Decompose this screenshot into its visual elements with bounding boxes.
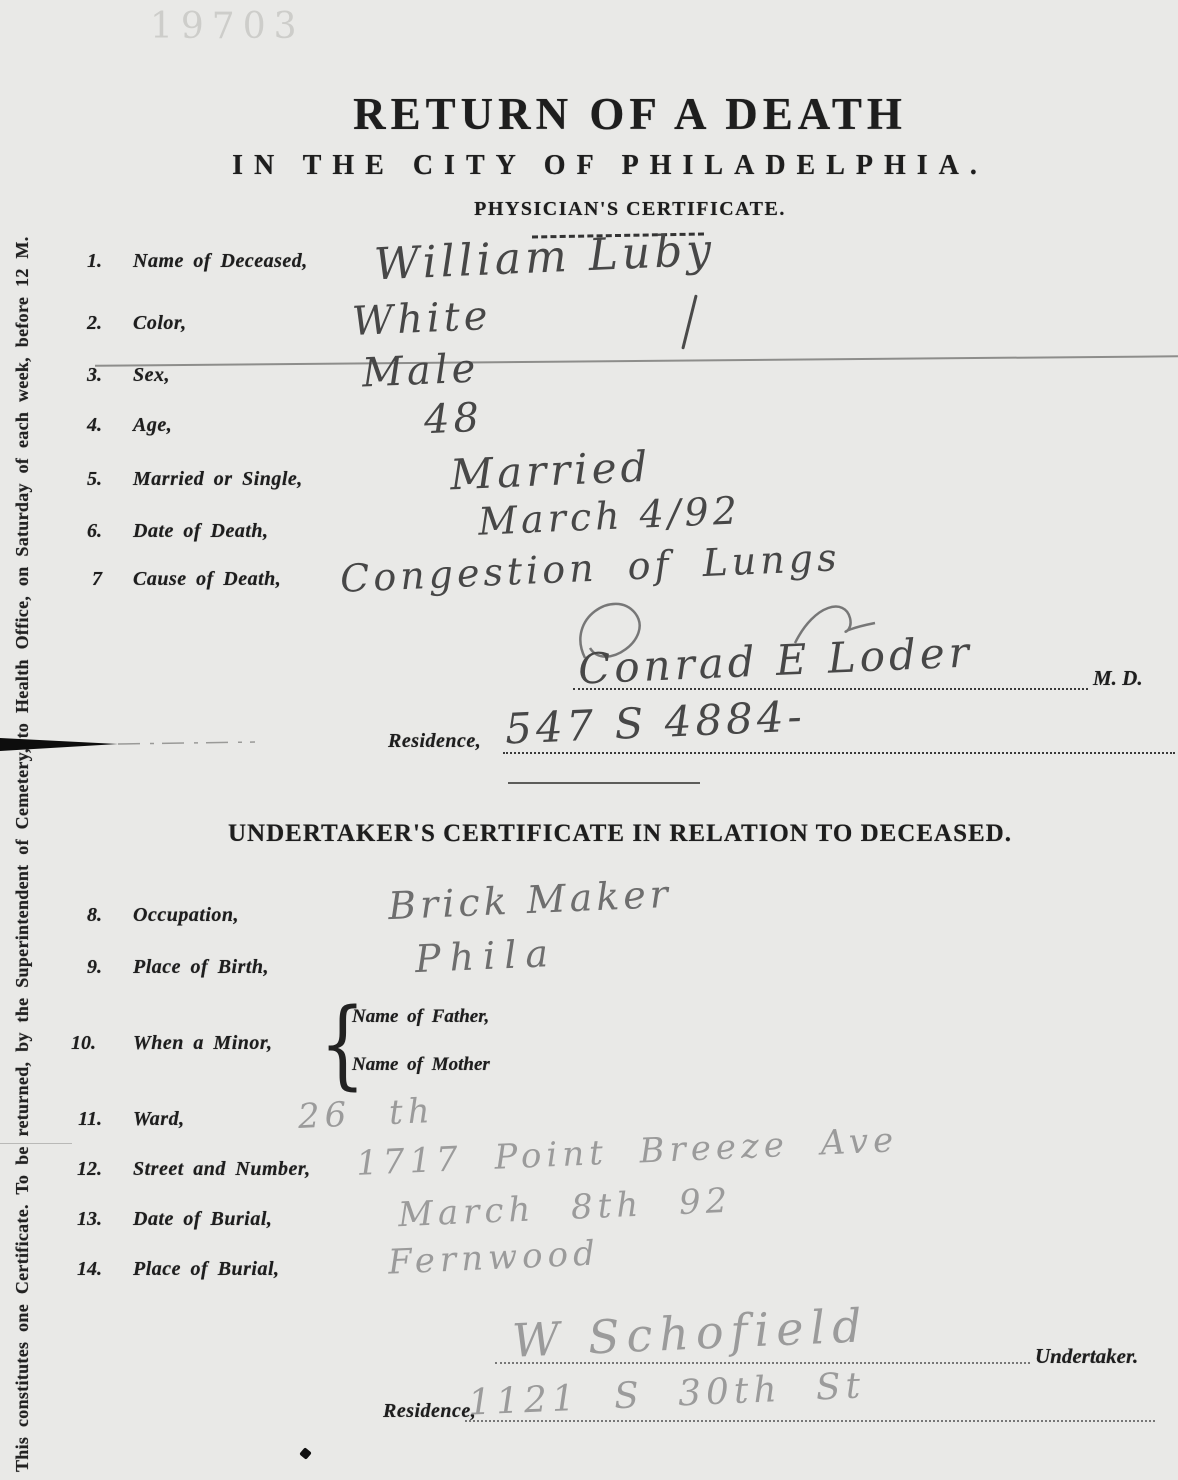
signature-line (573, 688, 1088, 690)
field-label-color: Color, (133, 312, 187, 335)
field-label-place-of-birth: Place of Birth, (133, 956, 269, 979)
handwritten-place-of-burial: Fernwood (387, 1233, 600, 1282)
fold-crease-sidebar (0, 1143, 72, 1144)
handwritten-date-of-burial: March 8th 92 (397, 1181, 733, 1236)
residence-line (465, 1420, 1155, 1422)
physician-residence-label: Residence, (388, 730, 481, 753)
undertaker-residence-value: 1121 S 30th St (467, 1365, 866, 1423)
physician-section-heading: PHYSICIAN'S CERTIFICATE. (170, 198, 1090, 221)
when-minor-brace: { (320, 988, 366, 1100)
handwritten-sex: Male (361, 345, 480, 396)
pen-stroke (681, 294, 697, 349)
undertaker-signature: W Schofield (511, 1298, 870, 1368)
field-number: 9. (62, 956, 102, 979)
field-number: 6. (62, 520, 102, 543)
field-number: 8. (62, 904, 102, 927)
field-number: 1. (62, 250, 102, 273)
undertaker-section-heading: UNDERTAKER'S CERTIFICATE IN RELATION TO … (120, 820, 1120, 848)
section-divider-rule (508, 782, 700, 784)
field-label-when-a-minor: When a Minor, (133, 1032, 273, 1055)
handwritten-ward: 26 th (297, 1091, 435, 1137)
physician-residence-value: 547 S 4884- (504, 691, 807, 753)
field-label-date-of-burial: Date of Burial, (133, 1208, 272, 1231)
handwritten-occupation: Brick Maker (387, 872, 673, 928)
field-number: 2. (62, 312, 102, 335)
field-label-married-or-single: Married or Single, (133, 468, 303, 491)
field-label-age: Age, (133, 414, 172, 437)
handwritten-place-of-birth: Phila (414, 931, 558, 981)
field-label-occupation: Occupation, (133, 904, 239, 927)
handwritten-age: 48 (423, 395, 484, 444)
undertaker-residence-label: Residence, (383, 1400, 476, 1423)
sub-label-name-of-father: Name of Father, (352, 1006, 489, 1028)
field-label-cause-of-death: Cause of Death, (133, 568, 281, 591)
md-suffix-label: M. D. (1093, 666, 1143, 691)
page-subtitle: IN THE CITY OF PHILADELPHIA. (150, 150, 1070, 182)
undertaker-suffix-label: Undertaker. (1035, 1344, 1138, 1369)
ink-dot (299, 1447, 312, 1460)
field-number: 3. (62, 364, 102, 387)
residence-line (503, 752, 1175, 754)
field-label-sex: Sex, (133, 364, 170, 387)
fold-crease-line (95, 355, 1178, 366)
sub-label-name-of-mother: Name of Mother (352, 1054, 490, 1076)
signature-line (495, 1362, 1030, 1364)
field-number: 4. (62, 414, 102, 437)
field-label-date-of-death: Date of Death, (133, 520, 269, 543)
field-label-street-and-number: Street and Number, (133, 1158, 311, 1181)
field-number: 7 (62, 568, 102, 591)
field-label-place-of-burial: Place of Burial, (133, 1258, 280, 1281)
field-label-ward: Ward, (133, 1108, 185, 1131)
field-label-name-of-deceased: Name of Deceased, (133, 250, 308, 273)
death-certificate-page: 19703 This constitutes one Certificate. … (0, 0, 1178, 1480)
field-number: 11. (62, 1108, 102, 1131)
field-number: 13. (62, 1208, 102, 1231)
page-title: RETURN OF A DEATH (170, 88, 1090, 140)
field-number: 10. (56, 1032, 96, 1055)
field-number: 14. (62, 1258, 102, 1281)
handwritten-married-or-single: Married (449, 442, 652, 500)
handwritten-color: White (351, 293, 492, 345)
field-number: 12. (62, 1158, 102, 1181)
certificate-stamp-number: 19703 (150, 6, 305, 47)
handwritten-street-and-number: 1717 Point Breeze Ave (355, 1120, 899, 1184)
field-number: 5. (62, 468, 102, 491)
handwritten-date-of-death: March 4/92 (477, 488, 742, 543)
fold-tear-mark (0, 732, 260, 758)
sidebar-instruction-text: This constitutes one Certificate. To be … (12, 62, 33, 1472)
handwritten-name-of-deceased: William Luby (373, 225, 716, 291)
